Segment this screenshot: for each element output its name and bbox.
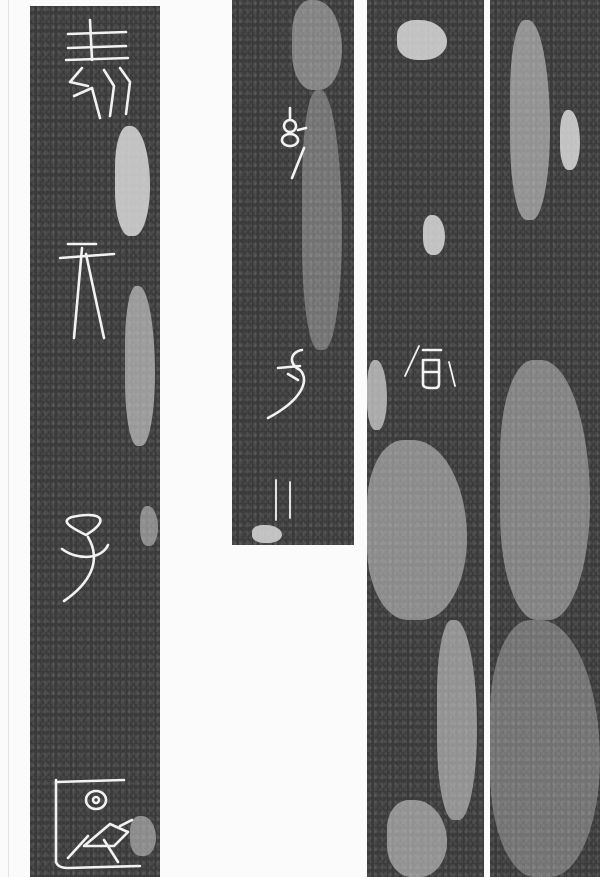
inscription-strip-3 xyxy=(367,0,484,877)
glyph-zi-2 xyxy=(258,330,328,440)
inscription-strip-1 xyxy=(30,6,160,877)
weathered-patch xyxy=(490,620,600,877)
glyph-tian xyxy=(52,238,132,348)
weathered-patch xyxy=(437,620,477,820)
glyph-you xyxy=(276,104,326,184)
weathered-patch xyxy=(560,110,580,170)
inscription-strip-4 xyxy=(490,0,600,877)
glyph-yi xyxy=(48,16,138,126)
weathered-patch xyxy=(140,506,158,546)
weathered-patch xyxy=(500,360,590,620)
weathered-patch xyxy=(130,816,156,856)
glyph-tian-field xyxy=(397,340,467,420)
weathered-patch xyxy=(367,360,387,430)
weathered-patch xyxy=(387,800,447,877)
weathered-patch xyxy=(397,20,447,60)
page-margin-line xyxy=(8,0,9,877)
weathered-patch xyxy=(367,440,467,620)
glyph-fragment xyxy=(268,470,308,540)
weathered-patch xyxy=(423,215,445,255)
weathered-patch xyxy=(292,0,342,90)
weathered-patch xyxy=(125,286,155,446)
glyph-qian xyxy=(48,776,158,876)
weathered-patch xyxy=(252,525,282,543)
weathered-patch xyxy=(510,20,550,220)
inscription-strip-2 xyxy=(232,0,354,545)
glyph-zi xyxy=(50,511,130,611)
weathered-patch xyxy=(302,90,342,350)
weathered-patch xyxy=(115,126,150,236)
